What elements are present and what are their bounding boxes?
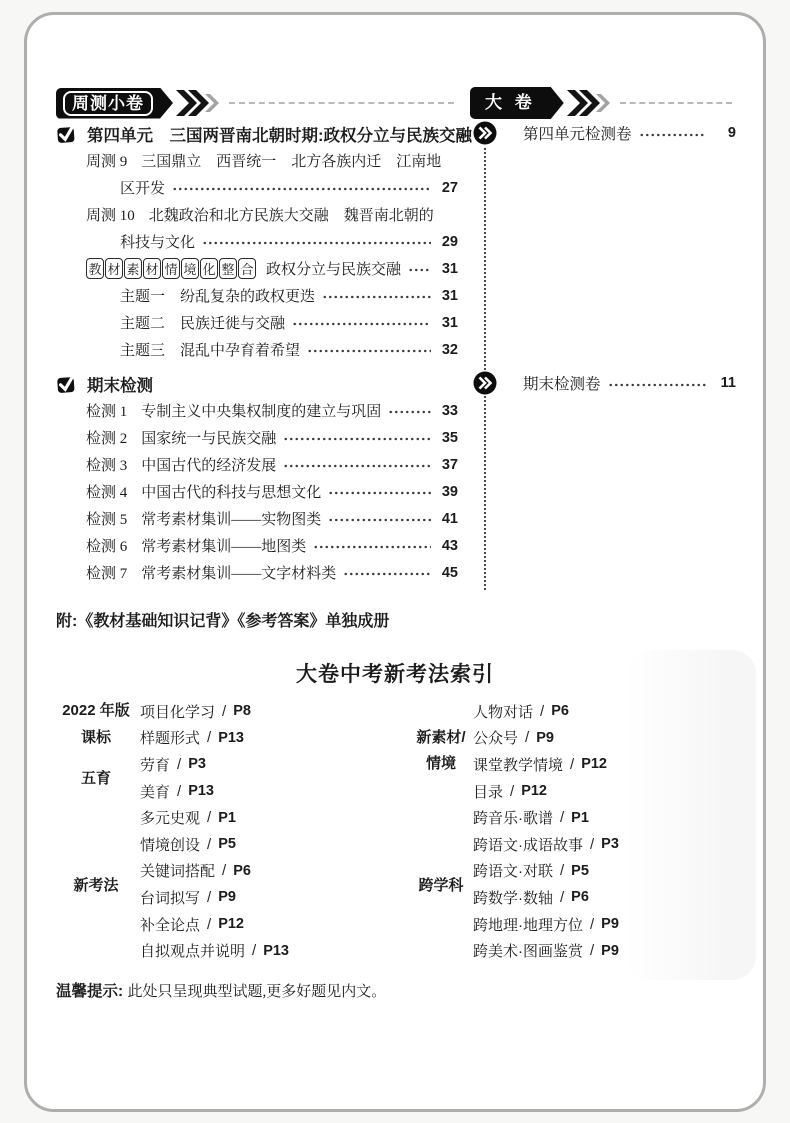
slash-separator: / xyxy=(590,916,594,933)
index-item-label: 跨地理·地理方位 xyxy=(473,914,583,935)
index-item-label: 跨语文·成语故事 xyxy=(473,834,583,855)
warm-tip-text: 此处只呈现典型试题,更多好题见内文。 xyxy=(127,984,386,1000)
index-item-label: 人物对话 xyxy=(473,701,533,722)
index-item: 多元史观/P1 xyxy=(140,804,401,831)
index-item-label: 目录 xyxy=(473,781,503,802)
index-item: 跨地理·地理方位/P9 xyxy=(473,911,732,938)
dot-leader xyxy=(283,434,431,444)
slash-separator: / xyxy=(590,836,594,853)
index-item-page: P1 xyxy=(218,810,236,826)
slash-separator: / xyxy=(207,889,211,906)
bigvol-badge: 大 卷 xyxy=(470,87,564,119)
index-item-page: P12 xyxy=(218,916,244,932)
category-label: 五育 xyxy=(81,767,111,788)
toc-page-number: 31 xyxy=(437,315,458,331)
new-exam-method-index: 2022 年版 课标 五育 新考法 项目化学习/P8 样题形式/P13 劳育/P… xyxy=(56,698,732,964)
toc-entry-label: 周测 10 xyxy=(86,204,135,225)
dashed-rule xyxy=(620,102,732,104)
index-item: 情境创设/P5 xyxy=(140,831,401,858)
index-title: 大卷中考新考法索引 xyxy=(0,658,790,688)
category-label: 新素材/ xyxy=(401,725,481,752)
toc-entry-label: 检测 5 xyxy=(86,508,127,529)
toc-entry-text: 主题一 纷乱复杂的政权更迭 xyxy=(120,285,315,306)
index-item-page: P9 xyxy=(601,916,619,932)
weekly-badge: 周测小卷 xyxy=(56,88,173,119)
final-exam-title-row: 期末检测 xyxy=(56,370,458,397)
category-2022-curriculum: 2022 年版 课标 xyxy=(56,698,136,751)
index-item: 跨数学·数轴/P6 xyxy=(473,884,732,911)
index-item-label: 多元史观 xyxy=(140,807,200,828)
index-item: 目录/P12 xyxy=(473,778,732,805)
index-item: 自拟观点并说明/P13 xyxy=(140,937,401,964)
toc-page-number: 31 xyxy=(437,288,458,304)
toc-entry-text: 北魏政治和北方民族大交融 魏晋南北朝的 xyxy=(149,204,434,225)
index-item-page: P12 xyxy=(581,756,607,772)
index-item-page: P6 xyxy=(571,889,589,905)
slash-separator: / xyxy=(540,703,544,720)
index-item: 关键词搭配/P6 xyxy=(140,858,401,885)
toc-entry-label: 检测 3 xyxy=(86,454,127,475)
toc-row: 检测 6 常考素材集训——地图类 43 xyxy=(56,532,458,559)
index-item-page: P13 xyxy=(263,943,289,959)
toc-entry-text: 区开发 xyxy=(120,177,165,198)
index-item: 跨语文·成语故事/P3 xyxy=(473,831,732,858)
boxed-char: 情 xyxy=(162,258,180,279)
boxed-char: 化 xyxy=(200,258,218,279)
index-item-label: 自拟观点并说明 xyxy=(140,940,245,961)
slash-separator: / xyxy=(590,942,594,959)
index-right-items: 人物对话/P6 公众号/P9 课堂教学情境/P12 目录/P12 跨音乐·歌谱/… xyxy=(473,698,732,964)
toc-row: 周测 10 北魏政治和北方民族大交融 魏晋南北朝的 xyxy=(56,201,458,228)
index-item-page: P5 xyxy=(218,836,236,852)
index-item: 跨美术·图画鉴赏/P9 xyxy=(473,937,732,964)
boxed-characters: 教 材 素 材 情 境 化 整 合 xyxy=(86,258,257,279)
toc-entry-label: 检测 2 xyxy=(86,427,127,448)
toc-page-number: 29 xyxy=(437,234,458,250)
bigvol-item-text: 第四单元检测卷 xyxy=(523,122,632,144)
index-item-label: 项目化学习 xyxy=(140,701,215,722)
dot-leader xyxy=(608,380,706,390)
bigvol-item-text: 期末检测卷 xyxy=(523,372,601,394)
toc-row: 检测 1 专制主义中央集权制度的建立与巩固 33 xyxy=(56,397,458,424)
index-item-page: P5 xyxy=(571,863,589,879)
index-item-page: P3 xyxy=(188,756,206,772)
toc-page-number: 41 xyxy=(437,511,458,527)
slash-separator: / xyxy=(510,783,514,800)
index-item-page: P9 xyxy=(601,943,619,959)
index-item: 样题形式/P13 xyxy=(140,725,401,752)
integration-row: 教 材 素 材 情 境 化 整 合 政权分立与民族交融 31 xyxy=(56,255,458,282)
index-item: 台词拟写/P9 xyxy=(140,884,401,911)
toc-page-number: 9 xyxy=(712,125,736,141)
index-item-label: 跨数学·数轴 xyxy=(473,887,553,908)
index-item-label: 补全论点 xyxy=(140,914,200,935)
toc-entry-text: 主题三 混乱中孕育着希望 xyxy=(120,339,300,360)
index-item-page: P3 xyxy=(601,836,619,852)
slash-separator: / xyxy=(560,809,564,826)
final-exam-title: 期末检测 xyxy=(87,372,153,396)
index-item: 美育/P13 xyxy=(140,778,401,805)
bigvol-item: 第四单元检测卷 9 xyxy=(473,120,736,146)
slash-separator: / xyxy=(207,809,211,826)
category-label: 2022 年版 xyxy=(56,698,136,725)
bigvol-badge-label: 大 卷 xyxy=(477,90,544,116)
toc-entry-text: 常考素材集训——地图类 xyxy=(141,535,306,556)
slash-separator: / xyxy=(252,942,256,959)
weekly-badge-label: 周测小卷 xyxy=(63,91,153,116)
slash-separator: / xyxy=(570,756,574,773)
slash-separator: / xyxy=(525,729,529,746)
unit4-title-row: 第四单元 三国两晋南北朝时期:政权分立与民族交融 xyxy=(56,120,458,147)
toc-row: 区开发 27 xyxy=(56,174,458,201)
unit4-title: 第四单元 三国两晋南北朝时期:政权分立与民族交融 xyxy=(87,122,472,146)
bigvol-item: 期末检测卷 11 xyxy=(473,370,736,396)
index-right-group: 新素材/ 情境 跨学科 人物对话/P6 公众号/P9 课堂教学情境/P12 目录… xyxy=(401,698,732,964)
toc-entry-text: 三国鼎立 西晋统一 北方各族内迁 江南地 xyxy=(141,150,441,171)
dot-leader xyxy=(322,292,431,302)
checked-checkbox-icon xyxy=(56,123,76,144)
weekly-test-section: 周测小卷 第四单元 三国两晋南北朝时期:政权分立与民族交融 周测 9 三国鼎立 … xyxy=(56,88,458,586)
index-item-label: 跨音乐·歌谱 xyxy=(473,807,553,828)
toc-entry-label: 检测 6 xyxy=(86,535,127,556)
toc-row: 检测 4 中国古代的科技与思想文化 39 xyxy=(56,478,458,505)
index-item-page: P9 xyxy=(536,730,554,746)
toc-entry-text: 常考素材集训——文字材料类 xyxy=(141,562,336,583)
toc-page-number: 31 xyxy=(437,261,458,277)
dot-leader xyxy=(202,238,431,248)
dotted-connector-line xyxy=(484,148,486,590)
dashed-rule xyxy=(229,102,454,104)
index-item: 课堂教学情境/P12 xyxy=(473,751,732,778)
slash-separator: / xyxy=(207,729,211,746)
index-item: 人物对话/P6 xyxy=(473,698,732,725)
bigvol-section-header: 大 卷 xyxy=(470,88,736,118)
toc-row: 科技与文化 29 xyxy=(56,228,458,255)
toc-page-number: 32 xyxy=(437,342,458,358)
circle-chevron-icon xyxy=(473,121,497,145)
double-chevron-icon xyxy=(566,90,612,116)
toc-row: 周测 9 三国鼎立 西晋统一 北方各族内迁 江南地 xyxy=(56,147,458,174)
index-item: 跨音乐·歌谱/P1 xyxy=(473,804,732,831)
boxed-char: 合 xyxy=(238,258,256,279)
category-five-educations: 五育 xyxy=(56,751,136,804)
toc-entry-label: 检测 4 xyxy=(86,481,127,502)
category-new-exam-methods: 新考法 xyxy=(56,804,136,964)
toc-entry-label: 检测 1 xyxy=(86,400,127,421)
toc-entry-text: 常考素材集训——实物图类 xyxy=(141,508,321,529)
index-item-page: P6 xyxy=(551,703,569,719)
index-item-page: P12 xyxy=(521,783,547,799)
index-item-label: 跨语文·对联 xyxy=(473,860,553,881)
index-item: 项目化学习/P8 xyxy=(140,698,401,725)
dot-leader xyxy=(343,569,431,579)
toc-page-number: 35 xyxy=(437,430,458,446)
circle-chevron-icon xyxy=(473,371,497,395)
toc-page-number: 11 xyxy=(712,375,736,391)
slash-separator: / xyxy=(207,836,211,853)
slash-separator: / xyxy=(177,783,181,800)
boxed-char: 境 xyxy=(181,258,199,279)
index-item-label: 情境创设 xyxy=(140,834,200,855)
index-item-label: 劳育 xyxy=(140,754,170,775)
toc-row: 主题二 民族迁徙与交融 31 xyxy=(56,309,458,336)
toc-row: 检测 7 常考素材集训——文字材料类 45 xyxy=(56,559,458,586)
category-label: 新考法 xyxy=(73,874,118,895)
category-label: 课标 xyxy=(56,725,136,752)
toc-entry-text: 中国古代的科技与思想文化 xyxy=(141,481,321,502)
weekly-section-header: 周测小卷 xyxy=(56,88,458,118)
toc-entry-text: 科技与文化 xyxy=(120,231,195,252)
toc-row: 检测 3 中国古代的经济发展 37 xyxy=(56,451,458,478)
dot-leader xyxy=(408,265,431,275)
index-left-items: 项目化学习/P8 样题形式/P13 劳育/P3 美育/P13 多元史观/P1 情… xyxy=(140,698,401,964)
dot-leader xyxy=(328,515,431,525)
toc-entry-label: 检测 7 xyxy=(86,562,127,583)
dot-leader xyxy=(639,130,706,140)
category-new-material-context: 新素材/ 情境 xyxy=(401,725,481,778)
checked-checkbox-icon xyxy=(56,373,76,394)
category-label: 情境 xyxy=(401,751,481,778)
appendix-note: 附:《教材基础知识记背》《参考答案》单独成册 xyxy=(56,608,389,631)
toc-row: 检测 5 常考素材集训——实物图类 41 xyxy=(56,505,458,532)
dot-leader xyxy=(283,461,431,471)
index-item-page: P13 xyxy=(218,730,244,746)
dot-leader xyxy=(313,542,431,552)
toc-entry-text: 国家统一与民族交融 xyxy=(141,427,276,448)
slash-separator: / xyxy=(207,916,211,933)
toc-entry-text: 专制主义中央集权制度的建立与巩固 xyxy=(141,400,381,421)
index-item-label: 台词拟写 xyxy=(140,887,200,908)
slash-separator: / xyxy=(560,862,564,879)
warm-tip-prefix: 温馨提示: xyxy=(56,983,123,1000)
slash-separator: / xyxy=(177,756,181,773)
index-item-label: 美育 xyxy=(140,781,170,802)
big-volume-section: 大 卷 第四单元检测卷 9 期末检测卷 xyxy=(470,88,736,608)
double-chevron-icon xyxy=(175,90,221,116)
index-item-page: P6 xyxy=(233,863,251,879)
category-cross-subject: 跨学科 xyxy=(401,804,481,964)
index-item-page: P8 xyxy=(233,703,251,719)
toc-entry-text: 中国古代的经济发展 xyxy=(141,454,276,475)
boxed-char: 教 xyxy=(86,258,104,279)
toc-row: 主题三 混乱中孕育着希望 32 xyxy=(56,336,458,363)
warm-tip-note: 温馨提示: 此处只呈现典型试题,更多好题见内文。 xyxy=(56,979,386,1001)
index-item-page: P9 xyxy=(218,889,236,905)
dot-leader xyxy=(292,319,431,329)
toc-page-number: 39 xyxy=(437,484,458,500)
dot-leader xyxy=(172,184,431,194)
category-label: 跨学科 xyxy=(418,874,463,895)
toc-page-number: 27 xyxy=(437,180,458,196)
dot-leader xyxy=(307,346,431,356)
index-item-label: 样题形式 xyxy=(140,727,200,748)
boxed-char: 整 xyxy=(219,258,237,279)
slash-separator: / xyxy=(222,703,226,720)
toc-row: 主题一 纷乱复杂的政权更迭 31 xyxy=(56,282,458,309)
dot-leader xyxy=(388,407,431,417)
index-item: 跨语文·对联/P5 xyxy=(473,858,732,885)
toc-entry-text: 政权分立与民族交融 xyxy=(266,258,401,279)
index-item: 劳育/P3 xyxy=(140,751,401,778)
index-item-label: 跨美术·图画鉴赏 xyxy=(473,940,583,961)
toc-page-number: 37 xyxy=(437,457,458,473)
index-item-label: 课堂教学情境 xyxy=(473,754,563,775)
slash-separator: / xyxy=(222,862,226,879)
toc-page-number: 33 xyxy=(437,403,458,419)
boxed-char: 材 xyxy=(105,258,123,279)
toc-entry-label: 周测 9 xyxy=(86,150,127,171)
toc-page-number: 43 xyxy=(437,538,458,554)
index-item: 公众号/P9 xyxy=(473,725,732,752)
index-item-label: 关键词搭配 xyxy=(140,860,215,881)
index-item-page: P1 xyxy=(571,810,589,826)
slash-separator: / xyxy=(560,889,564,906)
toc-row: 检测 2 国家统一与民族交融 35 xyxy=(56,424,458,451)
index-item: 补全论点/P12 xyxy=(140,911,401,938)
toc-page-number: 45 xyxy=(437,565,458,581)
index-item-page: P13 xyxy=(188,783,214,799)
boxed-char: 素 xyxy=(124,258,142,279)
toc-entry-text: 主题二 民族迁徙与交融 xyxy=(120,312,285,333)
dot-leader xyxy=(328,488,431,498)
boxed-char: 材 xyxy=(143,258,161,279)
index-left-group: 2022 年版 课标 五育 新考法 项目化学习/P8 样题形式/P13 劳育/P… xyxy=(56,698,401,964)
